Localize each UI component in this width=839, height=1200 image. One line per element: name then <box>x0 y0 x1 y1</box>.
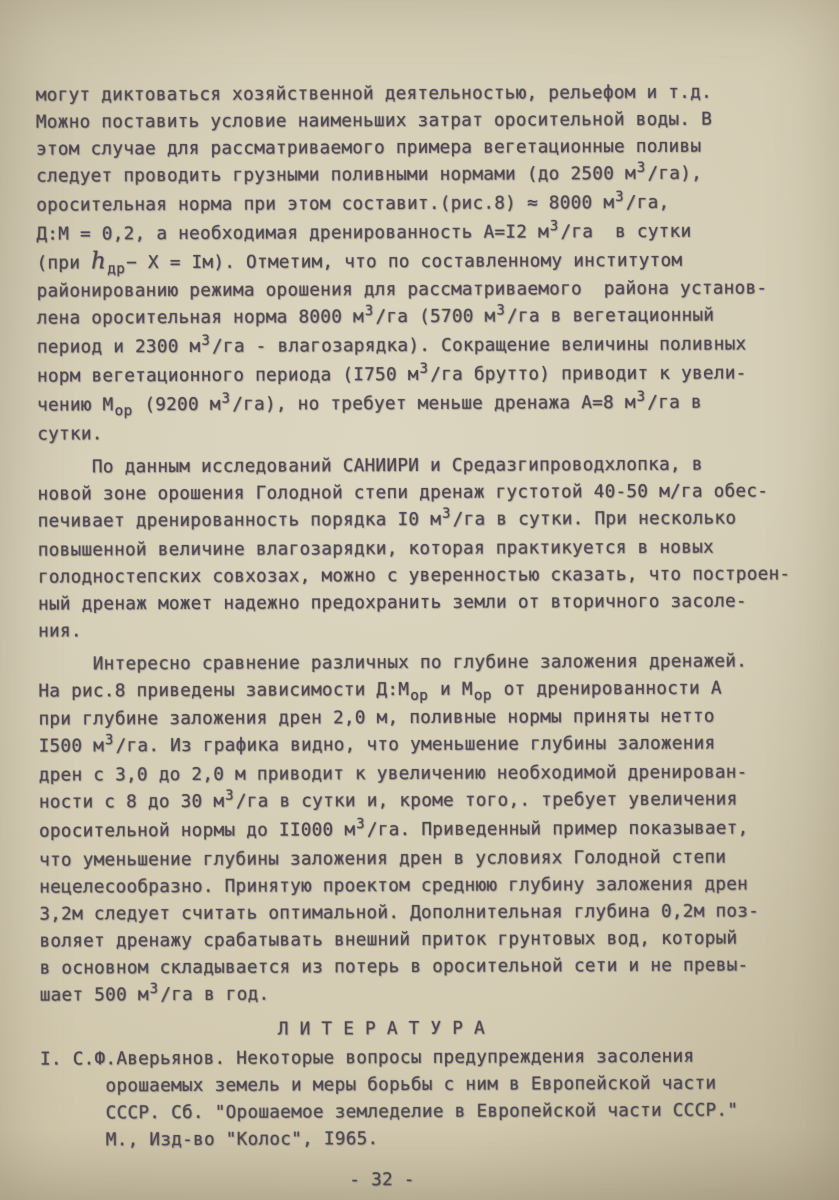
text-line: воляет дренажу срабатывать внешний прито… <box>39 924 812 954</box>
text-line: Интересно сравнение различных по глубине… <box>38 647 811 677</box>
literature-heading: Л И Т Е Р А Т У Р А <box>40 1014 723 1044</box>
reference-list: I. С.Ф.Аверьянов. Некоторые вопросы пред… <box>40 1042 813 1153</box>
superscript: 3 <box>420 356 429 383</box>
paragraph: Интересно сравнение различных по глубине… <box>38 647 813 1010</box>
subscript: ор <box>114 397 132 424</box>
text-line: Можно поставить условие наименьших затра… <box>36 105 809 135</box>
superscript: 3 <box>365 298 374 325</box>
text-line: На рис.8 приведены зависимости Д:Мор и М… <box>38 674 811 705</box>
text-line: оросительной нормы до II000 м3/га. Приве… <box>39 814 812 846</box>
paragraph: могут диктоваться хозяйственной деятельн… <box>36 78 811 447</box>
superscript: 3 <box>225 783 234 810</box>
subscript: др <box>107 255 125 282</box>
text-line: лена оросительная норма 8000 м3/га (5700… <box>37 301 810 333</box>
subscript: ор <box>474 682 492 709</box>
reference-item: I. С.Ф.Аверьянов. Некоторые вопросы пред… <box>40 1042 813 1153</box>
text-line: следует проводить грузными поливными нор… <box>36 159 809 191</box>
subscript: ор <box>410 682 428 709</box>
text-line: 3,2м следует считать оптимальной. Дополн… <box>39 897 812 927</box>
text-line: ния. <box>38 614 811 644</box>
text-line: норм вегетационного периода (I750 м3/га … <box>37 359 810 391</box>
text-line: что уменьшение глубины заложения дрен в … <box>39 843 812 873</box>
text-line: повышенной величине влагозарядки, котора… <box>38 533 811 563</box>
handwritten-h-symbol: h <box>91 248 106 274</box>
text-line: I500 м3/га. Из графика видно, что уменьш… <box>39 729 812 761</box>
text-line: чению Мор (9200 м3/га), но требует меньш… <box>37 388 810 420</box>
scanned-document-page: могут диктоваться хозяйственной деятельн… <box>0 0 839 1200</box>
superscript: 3 <box>550 213 559 240</box>
text-line: этом случае для рассматриваемого примера… <box>36 132 809 162</box>
superscript: 3 <box>615 184 624 211</box>
superscript: 3 <box>637 155 646 182</box>
text-line: нецелесообразно. Принятую проектом средн… <box>39 870 812 900</box>
text-line: I. С.Ф.Аверьянов. Некоторые вопросы пред… <box>40 1042 813 1072</box>
superscript: 3 <box>105 727 114 754</box>
superscript: 3 <box>496 298 505 325</box>
paper-sheet: могут диктоваться хозяйственной деятельн… <box>0 0 839 1200</box>
text-line: СССР. Сб. "Орошаемое земледелие в Европе… <box>40 1096 813 1126</box>
text-line: голодностепских совхозах, можно с уверен… <box>38 560 811 590</box>
text-line: Д:М = 0,2, а необходимая дренированность… <box>36 217 809 249</box>
superscript: 3 <box>150 976 159 1003</box>
text-line: М., Изд-во "Колос", I965. <box>40 1123 813 1153</box>
superscript: 3 <box>637 384 646 411</box>
text-line: районированию режима орошения для рассма… <box>37 274 810 304</box>
text-line: ный дренаж может надежно предохранить зе… <box>38 587 811 617</box>
typewritten-text-block: могут диктоваться хозяйственной деятельн… <box>0 0 839 1195</box>
superscript: 3 <box>222 386 231 413</box>
superscript: 3 <box>442 501 451 528</box>
text-line: новой зоне орошения Голодной степи дрена… <box>37 477 810 507</box>
paragraphs-container: могут диктоваться хозяйственной деятельн… <box>36 78 813 1010</box>
superscript: 3 <box>201 328 210 355</box>
text-line: шает 500 м3/га в год. <box>40 978 813 1010</box>
text-line: печивает дренированность порядка I0 м3/г… <box>38 504 811 536</box>
text-line: могут диктоваться хозяйственной деятельн… <box>36 78 809 108</box>
text-line: дрен с 3,0 до 2,0 м приводит к увеличени… <box>39 758 812 788</box>
text-line: орошаемых земель и меры борьбы с ним в Е… <box>40 1069 813 1099</box>
text-line: (при hдр− Х = Iм). Отметим, что по соста… <box>36 246 809 277</box>
text-line: оросительная норма при этом составит.(ри… <box>36 188 809 220</box>
superscript: 3 <box>356 811 365 838</box>
paragraph: По данным исследований САНИИРИ и Средазг… <box>37 450 811 644</box>
text-line: сутки. <box>37 417 810 447</box>
page-number: - 32 - <box>40 1165 723 1195</box>
text-line: ности с 8 до 30 м3/га в сутки и, кроме т… <box>39 785 812 817</box>
text-line: По данным исследований САНИИРИ и Средазг… <box>37 450 810 480</box>
